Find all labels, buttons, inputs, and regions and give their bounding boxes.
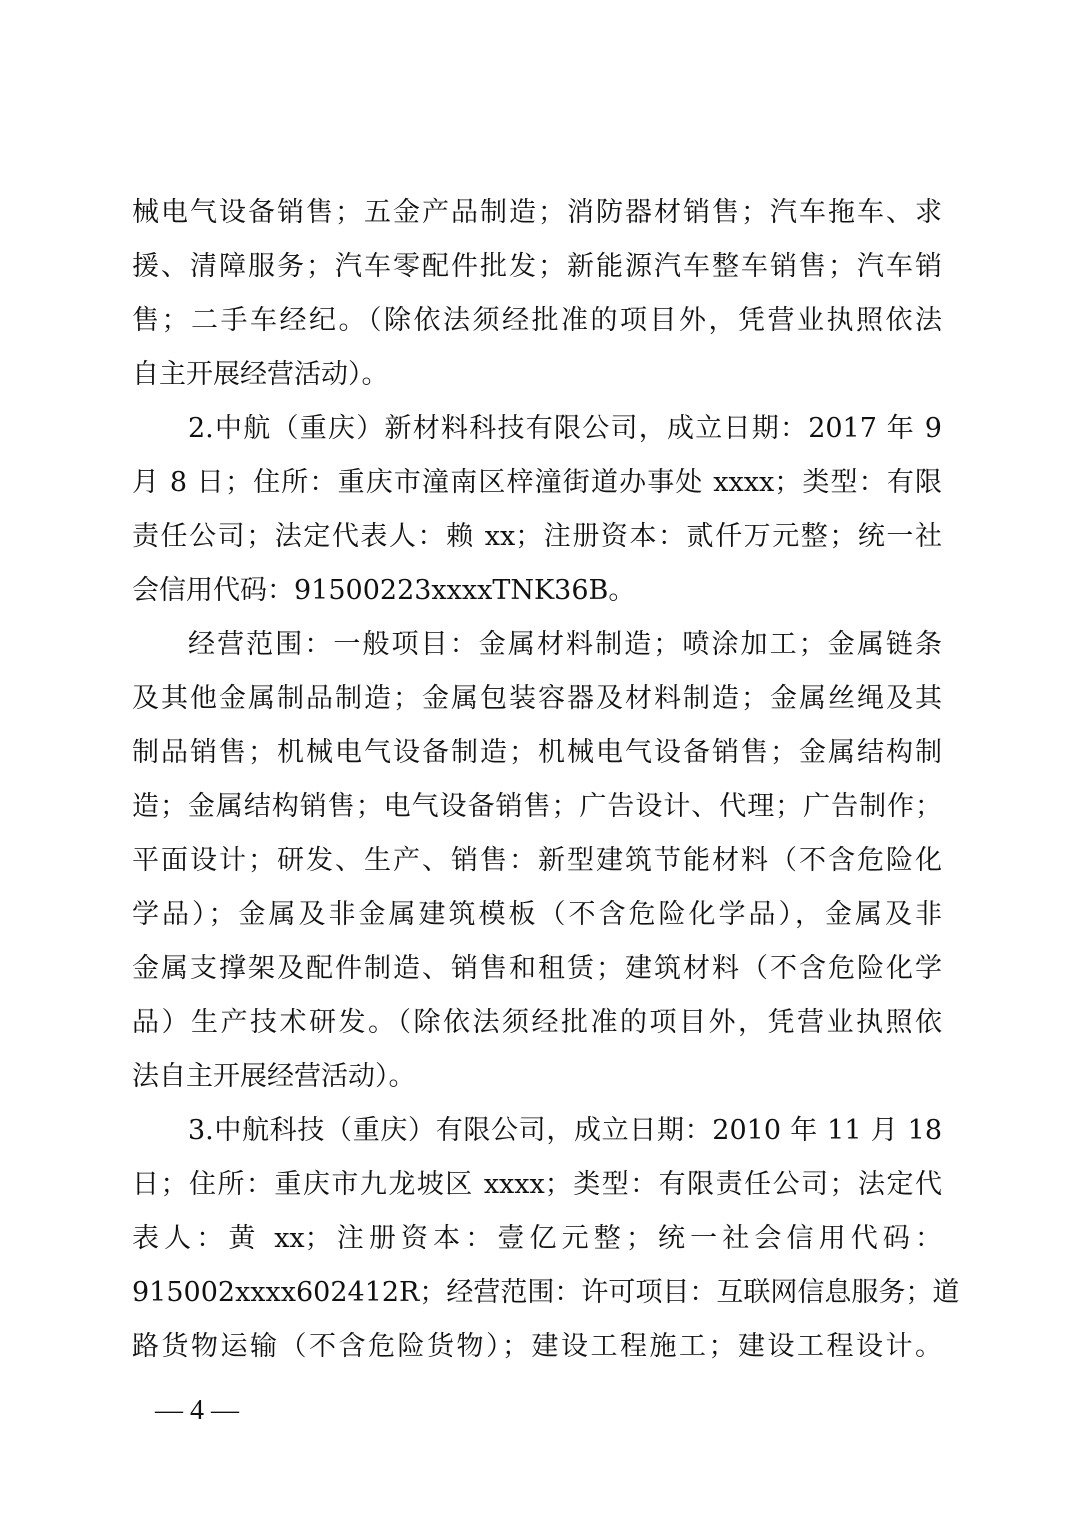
text-line: 经营范围：一般项目：金属材料制造；喷涂加工；金属链条	[188, 627, 942, 663]
text-line: 平面设计；研发、生产、销售：新型建筑节能材料（不含危险化	[132, 843, 942, 879]
text-line: 金属支撑架及配件制造、销售和租赁；建筑材料（不含危险化学	[132, 951, 942, 987]
text-line: 及其他金属制品制造；金属包装容器及材料制造；金属丝绳及其	[132, 681, 942, 717]
document-page: 械电气设备销售；五金产品制造；消防器材销售；汽车拖车、求 援、清障服务；汽车零配…	[0, 0, 1074, 1520]
text-line: 2.中航（重庆）新材料科技有限公司，成立日期：2017 年 9	[188, 411, 942, 447]
text-line: 品）生产技术研发。（除依法须经批准的项目外，凭营业执照依	[132, 1005, 942, 1041]
text-line: 援、清障服务；汽车零配件批发；新能源汽车整车销售；汽车销	[132, 249, 942, 285]
text-line: 表人：黄 xx；注册资本：壹亿元整；统一社会信用代码：	[132, 1221, 942, 1257]
text-line: 自主开展经营活动）。	[132, 357, 942, 393]
text-line: 月 8 日；住所：重庆市潼南区梓潼街道办事处 xxxx；类型：有限	[132, 465, 942, 501]
page-number: — 4 —	[155, 1394, 239, 1428]
text-line: 日；住所：重庆市九龙坡区 xxxx；类型：有限责任公司；法定代	[132, 1167, 942, 1203]
text-line: 会信用代码：91500223xxxxTNK36B。	[132, 573, 942, 609]
text-line: 械电气设备销售；五金产品制造；消防器材销售；汽车拖车、求	[132, 195, 942, 231]
text-line: 法自主开展经营活动）。	[132, 1059, 942, 1095]
text-line: 制品销售；机械电气设备制造；机械电气设备销售；金属结构制	[132, 735, 942, 771]
text-line: 学品）；金属及非金属建筑模板（不含危险化学品），金属及非	[132, 897, 942, 933]
text-line: 915002xxxx602412R；经营范围：许可项目：互联网信息服务；道	[132, 1275, 942, 1311]
text-line: 路货物运输（不含危险货物）；建设工程施工；建设工程设计。	[132, 1329, 942, 1365]
text-line: 售；二手车经纪。（除依法须经批准的项目外，凭营业执照依法	[132, 303, 942, 339]
text-line: 责任公司；法定代表人：赖 xx；注册资本：贰仟万元整；统一社	[132, 519, 942, 555]
text-line: 造；金属结构销售；电气设备销售；广告设计、代理；广告制作；	[132, 789, 942, 825]
text-line: 3.中航科技（重庆）有限公司，成立日期：2010 年 11 月 18	[188, 1113, 942, 1149]
